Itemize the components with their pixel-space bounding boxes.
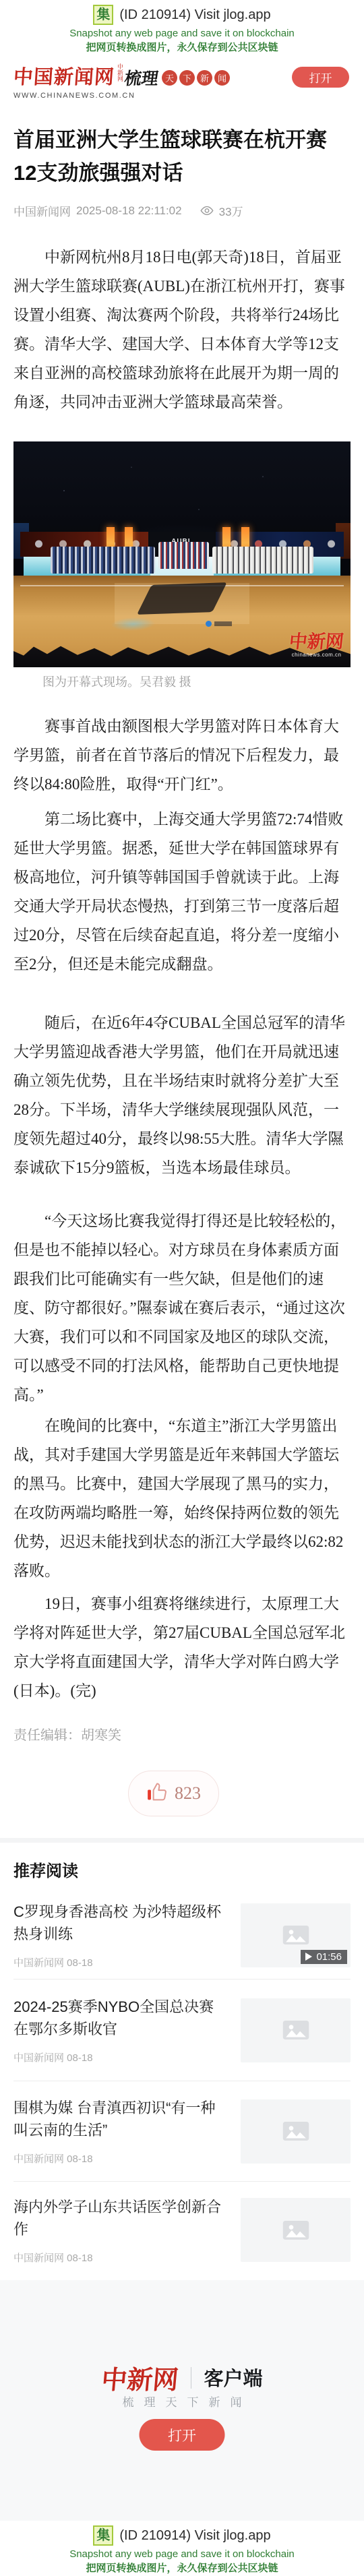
slogan-seal-icon: 天 xyxy=(162,70,177,86)
app-promo-footer: 中新网 客户端 梳理天下新闻 打开 xyxy=(0,2280,364,2521)
photo-players-right xyxy=(212,547,313,574)
play-icon xyxy=(305,1953,312,1961)
photo-watermark: 中新网 chinanews.com.cn xyxy=(289,633,344,658)
recommend-item-thumbnail[interactable] xyxy=(241,1998,351,2062)
section-divider xyxy=(0,1838,364,1843)
article-datetime: 2025-08-18 22:11:02 xyxy=(76,204,182,218)
recommend-item[interactable]: C罗现身香港高校 为沙特超级杯热身训练 中国新闻网 08-18 01:56 xyxy=(13,1891,351,1980)
photo-sponsor-mark xyxy=(206,621,232,627)
jlog-id-text[interactable]: (ID 210914) Visit jlog.app xyxy=(119,2528,270,2544)
image-placeholder-icon xyxy=(282,2019,310,2041)
site-logo-side-text: 中新网 xyxy=(117,63,123,82)
recommend-item-source: 中国新闻网 08-18 xyxy=(13,2050,228,2064)
jlog-tagline-zh: 把网页转换成图片，永久保存到公共区块链 xyxy=(0,2560,364,2575)
recommend-item[interactable]: 海内外学子山东共话医学创新合作 中国新闻网 08-18 xyxy=(13,2182,351,2278)
article-paragraph: 赛事首战由额图根大学男篮对阵日本体育大学男篮，前者在首节落后的情况下后程发力，最… xyxy=(13,712,351,799)
like-count: 823 xyxy=(175,1783,201,1804)
image-placeholder-icon xyxy=(282,2219,310,2241)
recommend-item[interactable]: 2024-25赛季NYBO全国总决赛在鄂尔多斯收官 中国新闻网 08-18 xyxy=(13,1980,351,2081)
thumbs-up-icon xyxy=(146,1781,169,1807)
recommend-item-thumbnail[interactable] xyxy=(241,2099,351,2164)
recommend-item[interactable]: 围棋为媒 台青滇西初识“有一种叫云南的生活” 中国新闻网 08-18 xyxy=(13,2081,351,2182)
photo-floor-mark xyxy=(109,617,157,631)
slogan-seal-icon: 新 xyxy=(197,70,212,86)
editor-credit: 责任编辑：胡寒笑 xyxy=(13,1724,121,1744)
recommend-item-title: 海内外学子山东共话医学创新合作 xyxy=(13,2196,228,2240)
article-paragraph: 第二场比赛中，上海交通大学男篮72:74惜败延世大学男篮。据悉，延世大学在韩国篮… xyxy=(13,805,351,979)
footer-slogan: 梳理天下新闻 xyxy=(0,2393,364,2410)
recommend-item-title: 2024-25赛季NYBO全国总决赛在鄂尔多斯收官 xyxy=(13,1996,228,2040)
recommend-item-source: 中国新闻网 08-18 xyxy=(13,2151,228,2166)
article-paragraph: “今天这场比赛我觉得打得还是比较轻松的，但是也不能掉以轻心。对方球员在身体素质方… xyxy=(13,1206,351,1409)
video-duration: 01:56 xyxy=(316,1951,342,1963)
article-meta: 中国新闻网 2025-08-18 22:11:02 33万 xyxy=(13,202,243,219)
views-eye-icon xyxy=(200,206,214,216)
jlog-badge-icon: 集 xyxy=(93,5,113,25)
image-placeholder-icon xyxy=(282,1924,310,1946)
recommend-item-source: 中国新闻网 08-18 xyxy=(13,1955,228,1969)
site-logo-text: 中国新闻网 xyxy=(13,62,116,90)
site-slogan: 梳理 天 下 新 闻 xyxy=(125,65,230,90)
photo-players-center xyxy=(158,542,209,569)
image-placeholder-icon xyxy=(282,2120,310,2142)
jlog-tagline-en: Snapshot any web page and save it on blo… xyxy=(0,28,364,39)
jlog-banner-bottom[interactable]: 集 (ID 210914) Visit jlog.app Snapshot an… xyxy=(0,2521,364,2576)
article-paragraph: 随后，在近6年4夺CUBAL全国总冠军的清华大学男篮迎战香港大学男篮，他们在开局… xyxy=(13,1008,351,1182)
photo-watermark-text: 中新网 xyxy=(289,633,345,650)
footer-app-label: 客户端 xyxy=(204,2364,262,2391)
recommend-item-title: 围棋为媒 台青滇西初识“有一种叫云南的生活” xyxy=(13,2097,228,2141)
video-duration-badge: 01:56 xyxy=(301,1950,347,1964)
recommend-item-title: C罗现身香港高校 为沙特超级杯热身训练 xyxy=(13,1901,228,1945)
open-app-button[interactable]: 打开 xyxy=(292,67,349,88)
footer-logo: 中新网 xyxy=(100,2359,180,2396)
site-url: WWW.CHINANEWS.COM.CN xyxy=(13,92,135,100)
footer-open-app-button[interactable]: 打开 xyxy=(140,2419,225,2451)
recommend-item-thumbnail[interactable]: 01:56 xyxy=(241,1903,351,1967)
photo-center-court-logo xyxy=(137,582,227,614)
jlog-badge-icon: 集 xyxy=(93,2525,113,2546)
footer-logo-divider xyxy=(191,2367,191,2389)
jlog-id-text[interactable]: (ID 210914) Visit jlog.app xyxy=(119,7,270,23)
article-source: 中国新闻网 xyxy=(13,202,71,219)
recommend-item-source: 中国新闻网 08-18 xyxy=(13,2250,228,2265)
recommend-heading: 推荐阅读 xyxy=(13,1858,78,1881)
jlog-tagline-zh: 把网页转换成图片，永久保存到公共区块链 xyxy=(0,40,364,54)
article-paragraph: 中新网杭州8月18日电(郭天奇)18日，首届亚洲大学生篮球联赛(AUBL)在浙江… xyxy=(13,243,351,417)
like-button[interactable]: 823 xyxy=(128,1771,219,1816)
slogan-prefix: 梳理 xyxy=(123,65,160,90)
article-title: 首届亚洲大学生篮球联赛在杭开赛 12支劲旅强强对话 xyxy=(13,123,352,189)
jlog-banner-top[interactable]: 集 (ID 210914) Visit jlog.app Snapshot an… xyxy=(0,0,364,57)
photo-watermark-url: chinanews.com.cn xyxy=(289,652,344,658)
photo-players-left xyxy=(51,547,155,574)
article-paragraph: 19日，赛事小组赛将继续进行，太原理工大学将对阵延世大学，第27届CUBAL全国… xyxy=(13,1589,351,1705)
site-logo[interactable]: 中国新闻网中新网 WWW.CHINANEWS.COM.CN xyxy=(13,62,135,100)
article-photo[interactable]: AUBL AUBL 2025 AUBL 2025 中新网 chinanews.c… xyxy=(13,441,351,667)
slogan-seal-icon: 闻 xyxy=(214,70,230,86)
recommend-item-thumbnail[interactable] xyxy=(241,2198,351,2262)
slogan-seal-icon: 下 xyxy=(179,70,195,86)
footer-logo-row: 中新网 客户端 xyxy=(0,2359,364,2396)
photo-caption: 图为开幕式现场。吴君毅 摄 xyxy=(42,673,191,690)
view-count: 33万 xyxy=(219,202,243,219)
jlog-tagline-en: Snapshot any web page and save it on blo… xyxy=(0,2548,364,2560)
page: 集 (ID 210914) Visit jlog.app Snapshot an… xyxy=(0,0,364,2576)
site-header: 中国新闻网中新网 WWW.CHINANEWS.COM.CN 梳理 天 下 新 闻… xyxy=(0,57,364,118)
article-paragraph: 在晚间的比赛中，“东道主”浙江大学男篮出战，其对手建国大学男篮是近年来韩国大学篮… xyxy=(13,1411,351,1585)
